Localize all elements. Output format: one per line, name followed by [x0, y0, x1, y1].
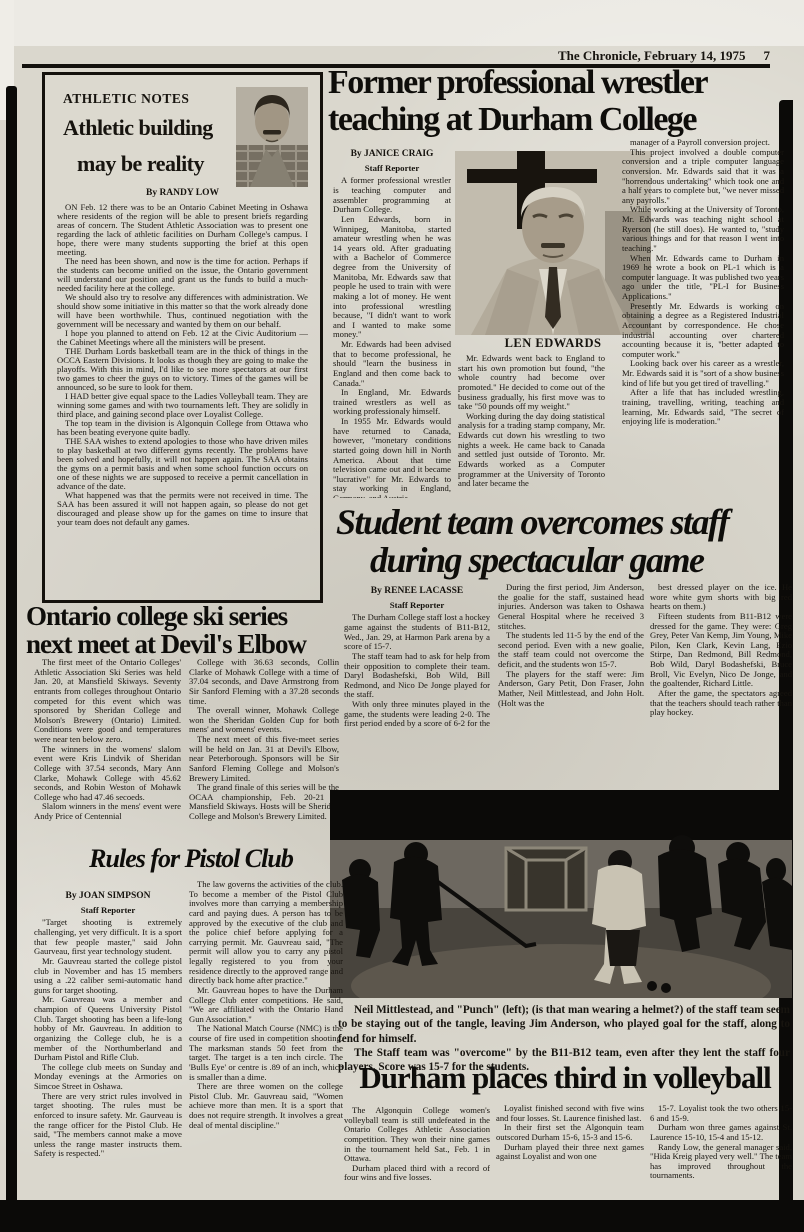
- athletic-notes-headline-line1: Athletic building: [63, 117, 213, 139]
- ski-headline-line1: Ontario college ski series: [26, 602, 340, 630]
- wrestler-column-3: manager of a Payroll conversion project.…: [622, 138, 784, 502]
- paragraph: THE SAA wishes to extend apologies to th…: [57, 437, 308, 491]
- paragraph: Mr. Gauvreau started the college pistol …: [34, 957, 182, 996]
- paragraph: During the first period, Jim Anderson, t…: [498, 583, 644, 631]
- volleyball-column-1: The Algonquin College women's volleyball…: [344, 1106, 490, 1194]
- hockey-game-photo: [330, 790, 792, 998]
- volleyball-headline: Durham places third in volleyball: [336, 1060, 794, 1096]
- paragraph: Looking back over his career as a wrestl…: [622, 359, 784, 388]
- paragraph: After a life that has included wrestling…: [622, 388, 784, 427]
- wrestler-headline-line2: teaching at Durham College: [328, 101, 794, 138]
- wrestler-column-1: By JANICE CRAIG Staff Reporter A former …: [333, 148, 451, 498]
- article-staff-game: Student team overcomes staff during spec…: [336, 503, 794, 1063]
- paragraph: Len Edwards, born in Winnipeg, Manitoba,…: [333, 215, 451, 340]
- paragraph: The winners in the womens' slalom event …: [34, 745, 181, 803]
- paragraph: In their first set the Algonquin team ou…: [496, 1123, 644, 1142]
- paragraph: Mr. Edwards had been advised that to bec…: [333, 340, 451, 388]
- wrestler-headline-line1: Former professional wrestler: [328, 64, 794, 101]
- paragraph: There are very strict rules involved in …: [34, 1092, 182, 1159]
- paragraph: Mr. Edwards went back to England to star…: [458, 354, 605, 412]
- paragraph: "Target shooting is extremely challengin…: [34, 918, 182, 957]
- paragraph: The college club meets on Sunday and Mon…: [34, 1063, 182, 1092]
- athletic-notes-kicker: ATHLETIC NOTES: [63, 91, 213, 107]
- paragraph: Mr. Gauvreau hopes to have the Durham Co…: [189, 986, 343, 1025]
- paragraph: The staff team had to ask for help from …: [344, 652, 490, 700]
- paragraph: College with 36.63 seconds, Collin Clark…: [189, 658, 339, 706]
- paragraph: I HAD better give equal space to the Lad…: [57, 392, 308, 419]
- masthead: The Chronicle, February 14, 1975 7: [430, 48, 770, 64]
- pistol-byline: By JOAN SIMPSON: [34, 891, 182, 903]
- paragraph: best dressed player on the ice. He wore …: [650, 583, 792, 612]
- paragraph: The students led 11-5 by the end of the …: [498, 631, 644, 670]
- paragraph: Working during the day doing statistical…: [458, 412, 605, 489]
- wrestler-byline: By JANICE CRAIG: [333, 149, 451, 161]
- paragraph: Durham played their three next games aga…: [496, 1143, 644, 1162]
- paragraph: A former professional wrestler is teachi…: [333, 176, 451, 215]
- newspaper-page: The Chronicle, February 14, 1975 7 ATHLE…: [0, 0, 804, 1232]
- paragraph: There are three women on the college Pis…: [189, 1082, 343, 1130]
- ski-headline: Ontario college ski series next meet at …: [26, 602, 340, 659]
- paragraph: After the game, the spectators agreed th…: [650, 689, 792, 718]
- wrestler-column-2: Mr. Edwards went back to England to star…: [458, 354, 605, 502]
- paragraph: The need has been shown, and now is the …: [57, 257, 308, 293]
- paragraph: Randy Low, the general manager said, "Hi…: [650, 1143, 792, 1182]
- pistol-column-1: By JOAN SIMPSON Staff Reporter "Target s…: [34, 890, 182, 1222]
- paragraph: In 1955 Mr. Edwards would have returned …: [333, 417, 451, 498]
- staff-game-column-1: By RENEE LACASSE Staff Reporter The Durh…: [344, 585, 490, 729]
- paragraph: The overall winner, Mohawk College won t…: [189, 706, 339, 735]
- staff-game-column-2: During the first period, Jim Anderson, t…: [498, 583, 644, 730]
- athletic-notes-body: ON Feb. 12 there was to be an Ontario Ca…: [57, 203, 308, 575]
- paragraph: This project involved a double computer …: [622, 148, 784, 206]
- paragraph: Fifteen students from B11-B12 were dress…: [650, 612, 792, 689]
- pistol-column-2: The law governs the activities of the cl…: [189, 880, 343, 1222]
- paragraph: The Algonquin College women's volleyball…: [344, 1106, 490, 1164]
- paragraph: Slalom winners in the mens' event were A…: [34, 802, 181, 821]
- randy-low-photo: [236, 87, 308, 187]
- paragraph: While working at the University of Toron…: [622, 205, 784, 253]
- wrestler-byline-role: Staff Reporter: [333, 163, 451, 174]
- paragraph: The first meet of the Ontario Colleges' …: [34, 658, 181, 745]
- paragraph: The law governs the activities of the cl…: [189, 880, 343, 986]
- scan-edge-left: [6, 86, 17, 1232]
- staff-game-headline: Student team overcomes staff during spec…: [336, 503, 794, 579]
- paragraph: I hope you planned to attend on Feb. 12 …: [57, 329, 308, 347]
- paragraph: The grand finale of this series will be …: [189, 783, 339, 822]
- paragraph: The National Match Course (NMC) is the c…: [189, 1024, 343, 1082]
- article-wrestler: Former professional wrestler teaching at…: [328, 64, 794, 506]
- volleyball-column-2: Loyalist finished second with five wins …: [496, 1104, 644, 1194]
- paragraph: 15-7. Loyalist took the two others 15-6 …: [650, 1104, 792, 1123]
- ski-headline-line2: next meet at Devil's Elbow: [26, 630, 340, 658]
- paragraph: Presently Mr. Edwards is working on obta…: [622, 302, 784, 360]
- pistol-byline-role: Staff Reporter: [34, 905, 182, 916]
- paragraph: ON Feb. 12 there was to be an Ontario Ca…: [57, 203, 308, 257]
- ski-column-2: College with 36.63 seconds, Collin Clark…: [189, 658, 339, 850]
- paragraph: Mr. Gauvreau was a member and champion o…: [34, 995, 182, 1062]
- staff-game-headline-line2: during spectacular game: [370, 541, 794, 579]
- paragraph: With only three minutes played in the ga…: [344, 700, 490, 729]
- article-volleyball: Durham places third in volleyball The Al…: [336, 1060, 794, 1198]
- athletic-notes-headline-line2: may be reality: [77, 153, 213, 175]
- article-athletic-notes: ATHLETIC NOTES Athletic building may be …: [42, 72, 323, 603]
- staff-game-byline: By RENEE LACASSE: [344, 586, 490, 598]
- athletic-notes-header: ATHLETIC NOTES Athletic building may be …: [57, 83, 308, 187]
- paragraph: THE Durham Lords basketball team are in …: [57, 347, 308, 392]
- article-pistol-club: Rules for Pistol Club By JOAN SIMPSON St…: [26, 844, 346, 1230]
- page-number: 7: [764, 48, 771, 64]
- pistol-headline: Rules for Pistol Club: [66, 844, 316, 874]
- paragraph: In England, Mr. Edwards trained wrestler…: [333, 388, 451, 417]
- paragraph: The Durham College staff lost a hockey g…: [344, 613, 490, 652]
- paragraph: The players for the staff were: Jim Ande…: [498, 670, 644, 709]
- paragraph: The top team in the division is Algonqui…: [57, 419, 308, 437]
- staff-game-column-3: best dressed player on the ice. He wore …: [650, 583, 792, 730]
- athletic-notes-byline: By RANDY LOW: [57, 188, 308, 200]
- paragraph: We should also try to resolve any differ…: [57, 293, 308, 329]
- hockey-caption-paragraph-1: Neil Mittlestead, and "Punch" (left); (i…: [338, 1003, 790, 1046]
- paragraph: Loyalist finished second with five wins …: [496, 1104, 644, 1123]
- staff-game-byline-role: Staff Reporter: [344, 600, 490, 611]
- masthead-title: The Chronicle, February 14, 1975: [558, 48, 746, 64]
- paragraph: Durham won three games against St. Laure…: [650, 1123, 792, 1142]
- paragraph: Durham placed third with a record of fou…: [344, 1164, 490, 1183]
- staff-game-headline-line1: Student team overcomes staff: [336, 503, 794, 541]
- paragraph: The next meet of this five-meet series w…: [189, 735, 339, 783]
- volleyball-column-3: 15-7. Loyalist took the two others 15-6 …: [650, 1104, 792, 1194]
- paragraph: When Mr. Edwards came to Durham in 1969 …: [622, 254, 784, 302]
- ski-column-1: The first meet of the Ontario Colleges' …: [34, 658, 181, 850]
- wrestler-headline: Former professional wrestler teaching at…: [328, 64, 794, 139]
- paragraph: What happened was that the permits were …: [57, 491, 308, 527]
- article-ski-series: Ontario college ski series next meet at …: [26, 602, 340, 854]
